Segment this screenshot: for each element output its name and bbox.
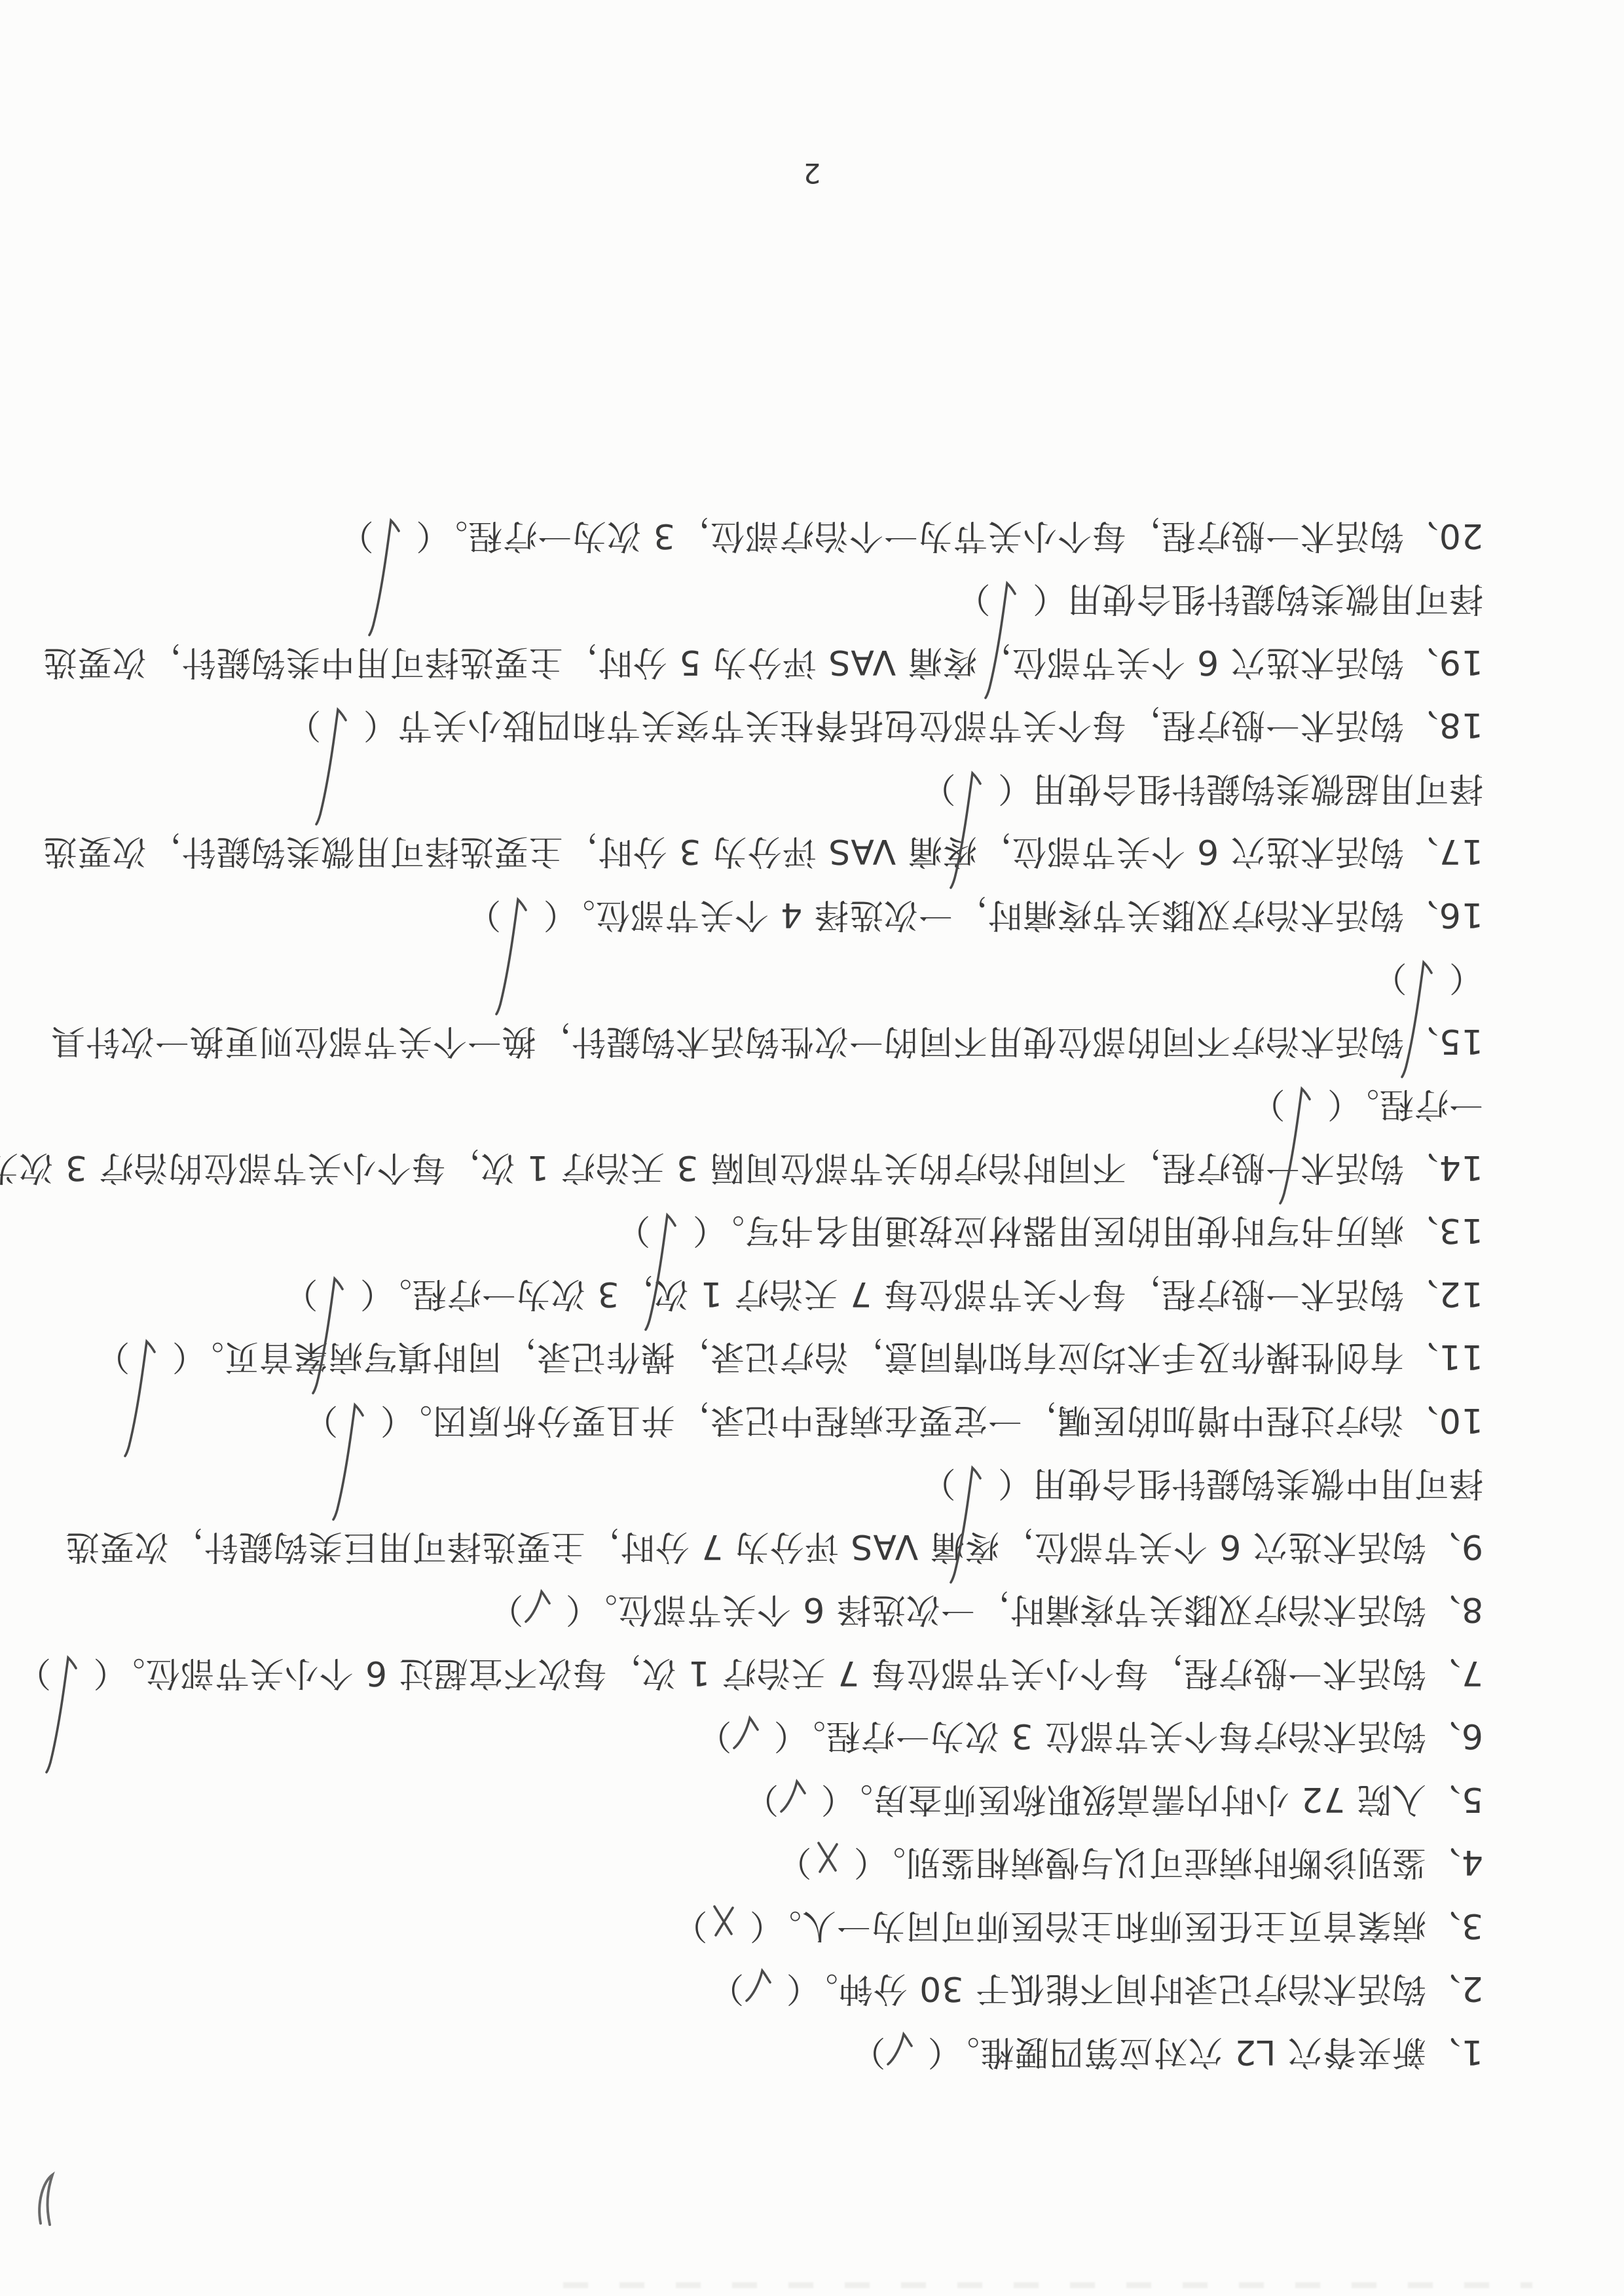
quiz-line: 13、病历书写时使用的医用器材应按通用名书写。（ ）	[92, 1199, 1483, 1262]
line-text: 2、钩活术治疗记录时间不能低于 30 分钟。（	[786, 1969, 1483, 2009]
line-text: 14、钩活术一般疗程，不同时治疗的关节部位间隔 3 天治疗 1 次，每个小关节部…	[0, 1148, 1483, 1187]
quiz-line: 17、钩活术选穴 6 个关节部位，疼痛 VAS 评分为 3 分时，主要选择可用微…	[92, 820, 1483, 883]
quiz-line: 8、钩活术治疗双膝关节疼痛时，一次选择 6 个关节部位。（ ）	[92, 1578, 1483, 1641]
line-text: 13、病历书写时使用的医用器材应按通用名书写。（	[692, 1211, 1483, 1250]
line-text: 4、鉴别诊断时病症可以与慢病相鉴别。（	[853, 1843, 1483, 1882]
line-text-close: ）	[673, 1906, 707, 1945]
line-text-close: ）	[851, 2032, 885, 2071]
answer-mark-check	[731, 1717, 762, 1755]
quiz-line: 4、鉴别诊断时病症可以与慢病相鉴别。（ ）	[92, 1831, 1483, 1894]
line-text-close: ）	[777, 1843, 811, 1882]
line-text: 一疗程。（	[1327, 1085, 1483, 1124]
answer-mark-cross	[707, 1906, 737, 1944]
answer-mark-check	[374, 517, 404, 555]
line-text: 17、钩活术选穴 6 个关节部位，疼痛 VAS 评分为 3 分时，主要选择可用微…	[43, 832, 1483, 871]
quiz-line: 18、钩活术一般疗程，每个关节部位包括脊柱关节突关节和四肢小关节（ ）	[92, 693, 1483, 757]
scanned-page: 1、新夹脊穴 L2 穴对应第四腰椎。（ ） 2、钩活术治疗记录时间不能低于 30…	[0, 0, 1624, 2296]
answer-mark-check	[990, 580, 1020, 618]
quiz-lines: 1、新夹脊穴 L2 穴对应第四腰椎。（ ） 2、钩活术治疗记录时间不能低于 30…	[92, 504, 1483, 2084]
answer-mark-check	[318, 1275, 348, 1313]
quiz-line: 3、病案首页主任医师和主治医师可同为一人。（ ）	[92, 1894, 1483, 1958]
answer-mark-cross	[811, 1844, 841, 1882]
quiz-line: 16、钩活术治疗双膝关节疼痛时，一次选择 4 个关节部位。（ ）	[92, 883, 1483, 947]
answer-mark-check	[338, 1401, 368, 1439]
line-text: 10、治疗过程中增加的医嘱，一定要在病程中记录，并且要分析原因。（	[380, 1400, 1483, 1440]
answer-mark-check	[51, 1654, 81, 1692]
quiz-line: 15、钩活术治疗不同的部位使用不同的一次性钩活术钩鍉针，换一个关节部位则更换一次…	[92, 1010, 1483, 1073]
line-text: 6、钩活术治疗每个关节部位 3 次为一疗程。（	[773, 1717, 1483, 1756]
line-text: 择可用超微类钩鍉针组合使用（	[997, 769, 1483, 808]
line-text-close: ）	[489, 1590, 523, 1630]
answer-mark-check	[885, 2033, 915, 2071]
quiz-line: 5、入院 72 小时内需高级职称医师查房。（ ）	[92, 1768, 1483, 1831]
quiz-line: 20、钩活术一般疗程，每个小关节为一个治疗部位，3 次为一疗程。（ ）	[92, 504, 1483, 568]
answer-mark-check	[955, 769, 986, 807]
answer-mark-check	[321, 706, 351, 744]
line-text: 11、有创性操作及手术均应有知情同意，治疗记录，操作记录，同时填写病案首页。（	[172, 1338, 1483, 1377]
answer-mark-check	[744, 1970, 774, 2008]
answer-mark-check	[650, 1212, 680, 1250]
rotated-page-content: 1、新夹脊穴 L2 穴对应第四腰椎。（ ） 2、钩活术治疗记录时间不能低于 30…	[0, 0, 1624, 2296]
answer-mark-check	[130, 1338, 160, 1376]
answer-mark-check	[523, 1591, 553, 1629]
line-text: 12、钩活术一般疗程，每个关节部位每 7 天治疗 1 次，3 次为一疗程。（	[360, 1274, 1483, 1313]
line-text-close: ）	[744, 1779, 779, 1819]
quiz-line: 7、钩活术一般疗程，每个小关节部位每 7 天治疗 1 次，每次不宜超过 6 个小…	[92, 1641, 1483, 1705]
quiz-line: 14、钩活术一般疗程，不同时治疗的关节部位间隔 3 天治疗 1 次，每个小关节部…	[92, 1136, 1483, 1199]
answer-mark-check	[779, 1780, 809, 1818]
line-text: 7、钩活术一般疗程，每个小关节部位每 7 天治疗 1 次，每次不宜超过 6 个小…	[92, 1653, 1483, 1692]
scan-noise-artifact	[563, 2282, 1532, 2288]
line-text: 8、钩活术治疗双膝关节疼痛时，一次选择 6 个关节部位。（	[565, 1590, 1483, 1630]
quiz-line: （ ）	[92, 946, 1483, 1010]
quiz-line: 择可用微类钩鍉针组合使用（ ）	[92, 567, 1483, 630]
quiz-line: 9、钩活术选穴 6 个关节部位，疼痛 VAS 评分为 7 分时，主要选择可用巨类…	[92, 1515, 1483, 1578]
quiz-line: 6、钩活术治疗每个关节部位 3 次为一疗程。（ ）	[92, 1704, 1483, 1768]
answer-mark-check	[1407, 959, 1437, 997]
quiz-line: 一疗程。（ ）	[92, 1072, 1483, 1136]
line-text: 20、钩活术一般疗程，每个小关节为一个治疗部位，3 次为一疗程。（	[415, 516, 1483, 555]
line-text: 16、钩活术治疗双膝关节疼痛时，一次选择 4 个关节部位。（	[543, 895, 1483, 934]
line-text-close: ）	[709, 1969, 744, 2009]
line-text: 择可用微类钩鍉针组合使用（	[1032, 579, 1483, 619]
line-text: 3、病案首页主任医师和主治医师可同为一人。（	[749, 1906, 1483, 1945]
quiz-line: 12、钩活术一般疗程，每个关节部位每 7 天治疗 1 次，3 次为一疗程。（ ）	[92, 1262, 1483, 1326]
answer-mark-check	[1285, 1085, 1315, 1123]
line-text: （	[1449, 958, 1483, 998]
line-text: 5、入院 72 小时内需高级职称医师查房。（	[821, 1779, 1483, 1819]
line-text: 18、钩活术一般疗程，每个关节部位包括脊柱关节突关节和四肢小关节（	[363, 706, 1483, 745]
quiz-line: 1、新夹脊穴 L2 穴对应第四腰椎。（ ）	[92, 2020, 1483, 2084]
line-text: 9、钩活术选穴 6 个关节部位，疼痛 VAS 评分为 7 分时，主要选择可用巨类…	[65, 1527, 1483, 1566]
quiz-line: 19、钩活术选穴 6 个关节部位，疼痛 VAS 评分为 5 分时，主要选择可用中…	[92, 630, 1483, 694]
quiz-line: 择可用中微类钩鍉针组合使用（ ）	[92, 1451, 1483, 1515]
line-text: 15、钩活术治疗不同的部位使用不同的一次性钩活术钩鍉针，换一个关节部位则更换一次…	[50, 1021, 1483, 1061]
line-text: 19、钩活术选穴 6 个关节部位，疼痛 VAS 评分为 5 分时，主要选择可用中…	[43, 642, 1483, 682]
quiz-line: 11、有创性操作及手术均应有知情同意，治疗记录，操作记录，同时填写病案首页。（ …	[92, 1325, 1483, 1389]
line-text: 择可用中微类钩鍉针组合使用（	[997, 1464, 1483, 1503]
answer-mark-check	[501, 896, 531, 934]
quiz-line: 10、治疗过程中增加的医嘱，一定要在病程中记录，并且要分析原因。（ ）	[92, 1389, 1483, 1452]
line-text-close: ）	[697, 1717, 731, 1756]
pen-stray-mark	[34, 2172, 73, 2231]
quiz-line: 择可用超微类钩鍉针组合使用（ ）	[92, 757, 1483, 820]
page-number: 2	[0, 157, 1624, 189]
answer-mark-check	[955, 1465, 986, 1503]
quiz-line: 2、钩活术治疗记录时间不能低于 30 分钟。（ ）	[92, 1957, 1483, 2020]
line-text: 1、新夹脊穴 L2 穴对应第四腰椎。（	[927, 2032, 1483, 2071]
